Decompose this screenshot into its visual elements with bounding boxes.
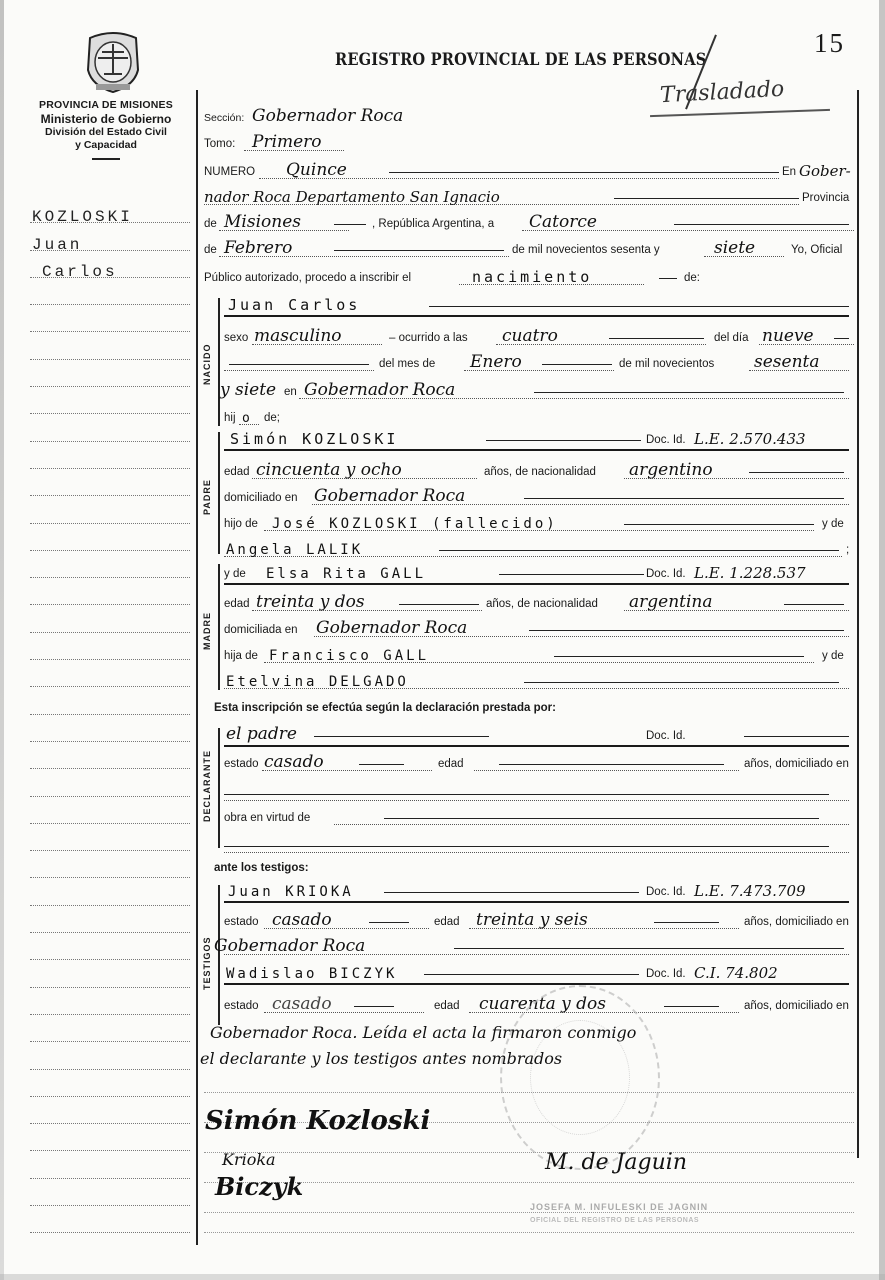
- row-madre-domicilio: domiciliada en Gobernador Roca: [224, 614, 853, 640]
- document-title: REGISTRO PROVINCIAL DE LAS PERSONAS: [335, 50, 706, 70]
- section-label-madre: MADRE: [202, 612, 212, 650]
- child-name[interactable]: Juan Carlos: [228, 296, 360, 314]
- hour-value[interactable]: cuatro: [502, 326, 558, 346]
- official-title: OFICIAL DEL REGISTRO DE LAS PERSONAS: [530, 1217, 699, 1224]
- row-sexo: sexo masculino – ocurrido a las cuatro d…: [224, 322, 853, 348]
- row-witness1-estado: estado casado edad treinta y seis años, …: [224, 906, 853, 932]
- closing-text-line2[interactable]: el declarante y los testigos antes nombr…: [200, 1049, 562, 1068]
- witness1-address-value[interactable]: Gobernador Roca: [214, 936, 365, 956]
- row-witness1-domicilio: Gobernador Roca: [224, 932, 853, 958]
- page-edge: [879, 0, 885, 1280]
- paternal-grandmother-value[interactable]: Angela LALIK: [226, 542, 363, 558]
- birth-place-value[interactable]: Gobernador Roca: [304, 380, 455, 400]
- witness1-doc-value[interactable]: L.E. 7.473.709: [694, 882, 806, 900]
- row-padre-edad: edad cincuenta y ocho años, de nacionali…: [224, 456, 853, 482]
- section-label-padre: PADRE: [202, 479, 212, 515]
- row-padre-domicilio: domiciliado en Gobernador Roca: [224, 482, 853, 508]
- row-lugar: y siete en Gobernador Roca: [224, 376, 853, 402]
- row-nacido-name: Juan Carlos: [224, 290, 853, 316]
- father-address-value[interactable]: Gobernador Roca: [314, 486, 465, 506]
- row-place: nador Roca Departamento San Ignacio Prov…: [204, 182, 853, 208]
- witness2-doc-value[interactable]: C.I. 74.802: [694, 964, 778, 982]
- row-numero: NUMERO Quince En Gober-: [204, 156, 853, 182]
- year-value[interactable]: siete: [714, 238, 755, 258]
- issuing-authority: PROVINCIA DE MISIONES Ministerio de Gobi…: [20, 99, 192, 160]
- signature-witness1: Krioka: [222, 1150, 276, 1169]
- signature-line: [204, 1212, 854, 1213]
- row-act-type: Público autorizado, procedo a inscribir …: [204, 262, 853, 288]
- sexo-value[interactable]: masculino: [254, 326, 342, 346]
- maternal-grandmother-value[interactable]: Etelvina DELGADO: [226, 674, 409, 690]
- row-testigos-intro: ante los testigos:: [204, 852, 853, 878]
- row-witness2-name: Wadislao BICZYK Doc. Id. C.I. 74.802: [224, 958, 853, 984]
- paternal-grandfather-value[interactable]: José KOZLOSKI (fallecido): [272, 516, 558, 532]
- witness1-name[interactable]: Juan KRIOKA: [228, 884, 354, 900]
- witness2-name[interactable]: Wadislao BICZYK: [226, 966, 397, 982]
- page-edge: [0, 0, 4, 1280]
- signature-declarant: Simón Kozloski: [205, 1106, 430, 1136]
- father-name[interactable]: Simón KOZLOSKI: [230, 430, 398, 448]
- mother-doc-value[interactable]: L.E. 1.228.537: [694, 564, 806, 582]
- mother-age-value[interactable]: treinta y dos: [256, 592, 365, 612]
- declarant-marital-status[interactable]: casado: [264, 752, 324, 772]
- row-madre-edad: edad treinta y dos años, de nacionalidad…: [224, 588, 853, 614]
- row-padre-parents: hijo de José KOZLOSKI (fallecido) y de: [224, 508, 853, 534]
- birth-month-value[interactable]: Enero: [470, 352, 522, 372]
- right-border: [857, 90, 859, 1158]
- birth-year-value[interactable]: sesenta: [754, 352, 820, 372]
- section-bracket: [218, 298, 220, 426]
- division-name-cont: y Capacidad: [20, 139, 192, 152]
- closing-text-line1[interactable]: Gobernador Roca. Leída el acta la firmar…: [210, 1023, 636, 1042]
- provincia-value[interactable]: Misiones: [224, 212, 301, 232]
- seccion-value[interactable]: Gobernador Roca: [252, 106, 403, 126]
- section-label-testigos: TESTIGOS: [202, 936, 212, 990]
- row-madre-mother: Etelvina DELGADO: [224, 666, 853, 692]
- row-declarante-estado: estado casado edad años, domiciliado en: [224, 748, 853, 774]
- declarant-value[interactable]: el padre: [226, 724, 297, 744]
- province-name: PROVINCIA DE MISIONES: [20, 99, 192, 112]
- margin-given-name: Juan: [32, 236, 82, 254]
- margin-ruled-lines: [30, 196, 190, 1233]
- official-name: JOSEFA M. INFULESKI DE JAGNIN: [530, 1202, 708, 1212]
- row-seccion: Sección: Gobernador Roca: [204, 102, 853, 128]
- signature-line: [204, 1232, 854, 1233]
- row-mes: del mes de Enero de mil novecientos sese…: [224, 348, 853, 374]
- maternal-grandfather-value[interactable]: Francisco GALL: [269, 648, 429, 664]
- act-type-value[interactable]: nacimiento: [472, 268, 592, 286]
- birth-year-value-cont[interactable]: y siete: [220, 380, 276, 400]
- witness2-marital-status[interactable]: casado: [272, 994, 332, 1014]
- birth-day-value[interactable]: nueve: [762, 326, 814, 346]
- row-tomo: Tomo: Primero: [204, 128, 853, 154]
- provincial-crest-icon: [84, 30, 142, 94]
- row-date: de Febrero de mil novecientos sesenta y …: [204, 234, 853, 260]
- row-padre-name: Simón KOZLOSKI Doc. Id. L.E. 2.570.433: [224, 424, 853, 450]
- witness1-age-value[interactable]: treinta y seis: [476, 910, 588, 930]
- row-declarante-name: el padre Doc. Id.: [224, 720, 853, 746]
- row-padre-mother: Angela LALIK ;: [224, 534, 853, 560]
- row-closing-2: el declarante y los testigos antes nombr…: [200, 1044, 865, 1070]
- place-value-cont[interactable]: nador Roca Departamento San Ignacio: [204, 188, 500, 206]
- section-bracket: [218, 728, 220, 848]
- father-doc-value[interactable]: L.E. 2.570.433: [694, 430, 806, 448]
- section-label-nacido: NACIDO: [202, 344, 212, 386]
- section-bracket: [218, 564, 220, 690]
- row-closing-1: Gobernador Roca. Leída el acta la firmar…: [210, 1018, 865, 1044]
- signature-line: [204, 1092, 854, 1093]
- place-value[interactable]: Gober-: [799, 162, 851, 180]
- divider: [92, 158, 120, 160]
- row-witness1-name: Juan KRIOKA Doc. Id. L.E. 7.473.709: [224, 876, 853, 902]
- division-name: División del Estado Civil: [20, 126, 192, 139]
- row-declarante-obra: obra en virtud de: [224, 802, 853, 828]
- day-value[interactable]: Catorce: [529, 212, 597, 232]
- numero-value[interactable]: Quince: [286, 160, 347, 180]
- row-madre-name: y de Elsa Rita GALL Doc. Id. L.E. 1.228.…: [224, 558, 853, 584]
- mother-name[interactable]: Elsa Rita GALL: [266, 566, 426, 582]
- column-divider: [196, 90, 198, 1245]
- margin-given-name-2: Carlos: [42, 263, 118, 281]
- witness1-marital-status[interactable]: casado: [272, 910, 332, 930]
- month-value[interactable]: Febrero: [224, 238, 292, 258]
- section-label-declarante: DECLARANTE: [202, 750, 212, 822]
- father-nationality-value[interactable]: argentino: [629, 460, 713, 480]
- page-edge: [0, 1274, 885, 1280]
- mother-address-value[interactable]: Gobernador Roca: [316, 618, 467, 638]
- page-number: 15: [814, 28, 845, 59]
- row-declarante-domicilio: [224, 778, 853, 804]
- margin-surname: KOZLOSKI: [32, 208, 133, 226]
- tomo-value[interactable]: Primero: [252, 132, 322, 152]
- mother-nationality-value[interactable]: argentina: [629, 592, 713, 612]
- ministry-name: Ministerio de Gobierno: [20, 112, 192, 127]
- row-provincia: de Misiones , República Argentina, a Cat…: [204, 208, 853, 234]
- signature-official: M. de Jaguin: [545, 1150, 687, 1175]
- father-age-value[interactable]: cincuenta y ocho: [256, 460, 402, 480]
- section-bracket: [218, 432, 220, 554]
- signature-line: [204, 1152, 854, 1153]
- signature-witness2: Biczyk: [215, 1172, 303, 1201]
- row-declarante-intro: Esta inscripción se efectúa según la dec…: [204, 692, 853, 718]
- row-madre-parents: hija de Francisco GALL y de: [224, 640, 853, 666]
